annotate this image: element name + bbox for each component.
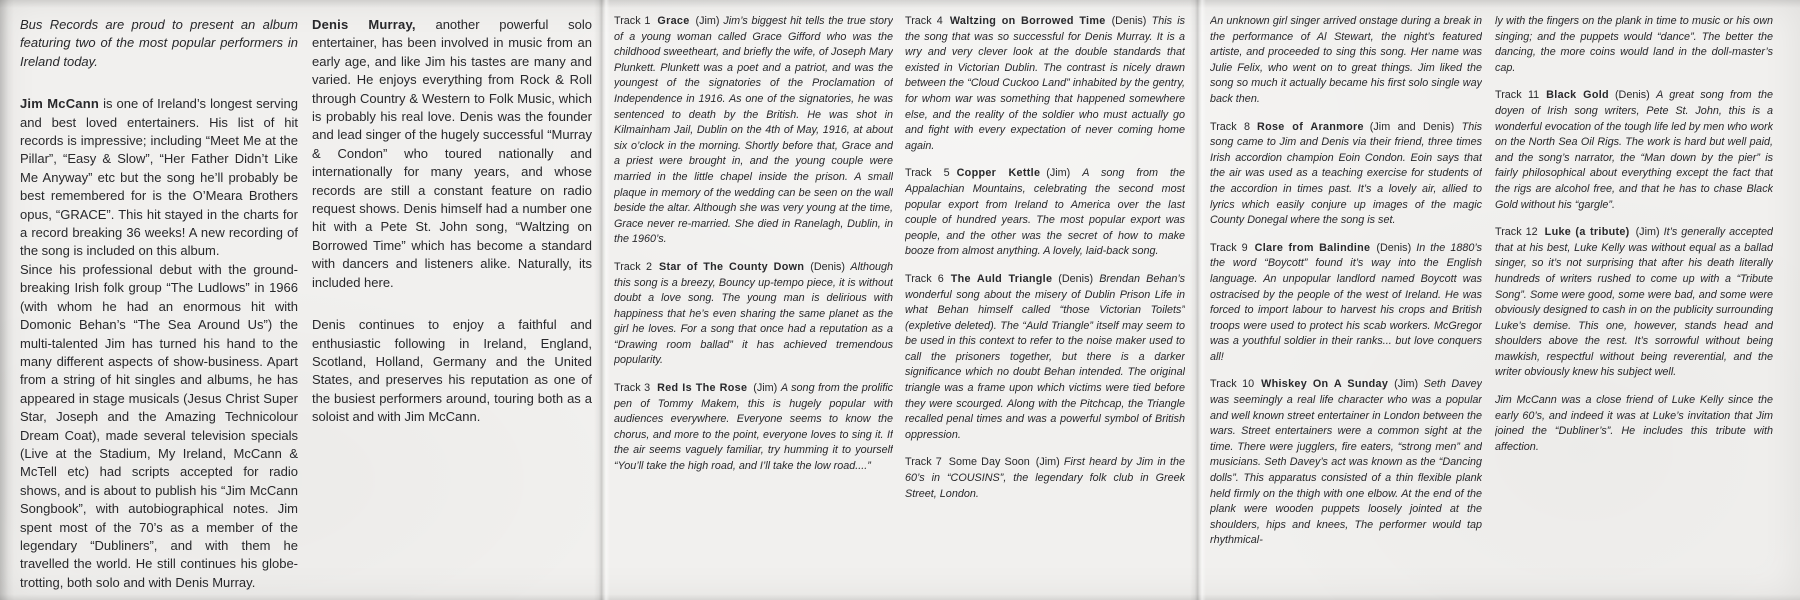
track-performer: (Jim)	[753, 382, 777, 394]
track-title: Rose of Aranmore	[1257, 121, 1364, 133]
track-title: Star of The County Down	[659, 261, 804, 273]
column-tracks-11-12: ly with the fingers on the plank in time…	[1495, 0, 1773, 600]
closing-paragraph: Jim McCann was a close friend of Luke Ke…	[1495, 393, 1773, 455]
artist-name-lead: Jim McCann	[20, 96, 99, 111]
track-7-continuation: An unknown girl singer arrived onstage d…	[1210, 14, 1482, 108]
track-number-label: Track 5	[905, 167, 950, 179]
track-note-6: Track 6The Auld Triangle(Denis) Brendan …	[905, 272, 1185, 444]
track-number-label: Track 11	[1495, 89, 1539, 101]
track-performer: (Jim)	[1394, 378, 1418, 390]
column-tracks-1-3: Track 1Grace(Jim) Jim’s biggest hit tell…	[614, 0, 893, 600]
track-description: Seth Davey was seemingly a real life cha…	[1210, 378, 1482, 546]
track-performer: (Denis)	[1112, 15, 1147, 27]
intro-paragraph: Bus Records are proud to present an albu…	[20, 16, 298, 71]
track-title: Copper Kettle	[957, 167, 1041, 179]
track-number-label: Track 4	[905, 15, 943, 27]
track-number-label: Track 1	[614, 15, 650, 27]
track-description: Jim’s biggest hit tells the true story o…	[614, 15, 893, 245]
track-number-label: Track 10	[1210, 378, 1254, 390]
track-performer: (Jim and Denis)	[1370, 121, 1454, 133]
track-note-10: Track 10Whiskey On A Sunday(Jim) Seth Da…	[1210, 377, 1482, 549]
track-title: Clare from Balindine	[1255, 242, 1371, 254]
track-note-3: Track 3Red Is The Rose(Jim) A song from …	[614, 381, 893, 475]
track-note-8: Track 8Rose of Aranmore(Jim and Denis) T…	[1210, 120, 1482, 229]
column-jim-mccann-bio: Bus Records are proud to present an albu…	[20, 0, 298, 600]
denis-murray-bio: Denis Murray, another powerful solo ente…	[312, 16, 592, 292]
fold-seam-right	[1190, 0, 1206, 600]
track-description: In the 1880’s the word “Boycott” found i…	[1210, 242, 1482, 363]
track-number-label: Track 7	[905, 456, 942, 468]
track-number-label: Track 2	[614, 261, 652, 273]
track-description: Brendan Behan’s wonderful song about the…	[905, 273, 1185, 441]
track-title: Waltzing on Borrowed Time	[950, 15, 1106, 27]
track-number-label: Track 6	[905, 273, 944, 285]
fold-seam-left	[594, 0, 610, 600]
jim-mccann-bio: Jim McCann is one of Ireland’s longest s…	[20, 95, 298, 261]
track-10-continuation: ly with the fingers on the plank in time…	[1495, 14, 1773, 76]
track-title: Red Is The Rose	[657, 382, 747, 394]
track-description: It’s generally accepted that at his best…	[1495, 226, 1773, 378]
track-performer: (Denis)	[1615, 89, 1650, 101]
track-note-7: Track 7Some Day Soon(Jim) First heard by…	[905, 455, 1185, 502]
track-performer: (Denis)	[1058, 273, 1093, 285]
track-number-label: Track 9	[1210, 242, 1248, 254]
track-note-11: Track 11Black Gold(Denis) A great song f…	[1495, 88, 1773, 213]
track-description: A song from the prolific pen of Tommy Ma…	[614, 382, 893, 472]
column-tracks-8-10: An unknown girl singer arrived onstage d…	[1210, 0, 1482, 600]
track-title: Whiskey On A Sunday	[1261, 378, 1388, 390]
track-performer: (Jim)	[1036, 456, 1060, 468]
track-performer: (Jim)	[696, 15, 720, 27]
track-note-5: Track 5Copper Kettle(Jim) A song from th…	[905, 166, 1185, 260]
track-description: Although this song is a breezy, Bouncy u…	[614, 261, 893, 367]
track-note-12: Track 12Luke (a tribute)(Jim) It’s gener…	[1495, 225, 1773, 381]
track-title: Some Day Soon	[949, 456, 1030, 468]
track-title: Grace	[657, 15, 689, 27]
track-note-4: Track 4Waltzing on Borrowed Time(Denis) …	[905, 14, 1185, 154]
track-title: The Auld Triangle	[951, 273, 1053, 285]
track-performer: (Denis)	[810, 261, 845, 273]
track-note-1: Track 1Grace(Jim) Jim’s biggest hit tell…	[614, 14, 893, 248]
track-title: Luke (a tribute)	[1545, 226, 1630, 238]
track-note-2: Track 2Star of The County Down(Denis) Al…	[614, 260, 893, 369]
track-performer: (Jim)	[1046, 167, 1070, 179]
track-description: A great song from the doyen of Irish son…	[1495, 89, 1773, 210]
track-performer: (Denis)	[1376, 242, 1411, 254]
track-number-label: Track 3	[614, 382, 650, 394]
scan-left-edge	[0, 0, 14, 600]
column-denis-murray-bio: Denis Murray, another powerful solo ente…	[312, 0, 592, 600]
track-number-label: Track 12	[1495, 226, 1538, 238]
column-tracks-4-7: Track 4Waltzing on Borrowed Time(Denis) …	[905, 0, 1185, 600]
track-title: Black Gold	[1546, 89, 1609, 101]
track-note-9: Track 9Clare from Balindine(Denis) In th…	[1210, 241, 1482, 366]
artist-name-lead: Denis Murray,	[312, 17, 416, 32]
denis-murray-touring: Denis continues to enjoy a faithful and …	[312, 316, 592, 426]
track-description: This song came to Jim and Denis via thei…	[1210, 121, 1482, 227]
track-number-label: Track 8	[1210, 121, 1250, 133]
track-description: This is the song that was so successful …	[905, 15, 1185, 152]
jim-mccann-career: Since his professional debut with the gr…	[20, 261, 298, 592]
track-performer: (Jim)	[1636, 226, 1660, 238]
track-description: A song from the Appalachian Mountains, c…	[905, 167, 1185, 257]
liner-notes-scan: Bus Records are proud to present an albu…	[0, 0, 1800, 600]
